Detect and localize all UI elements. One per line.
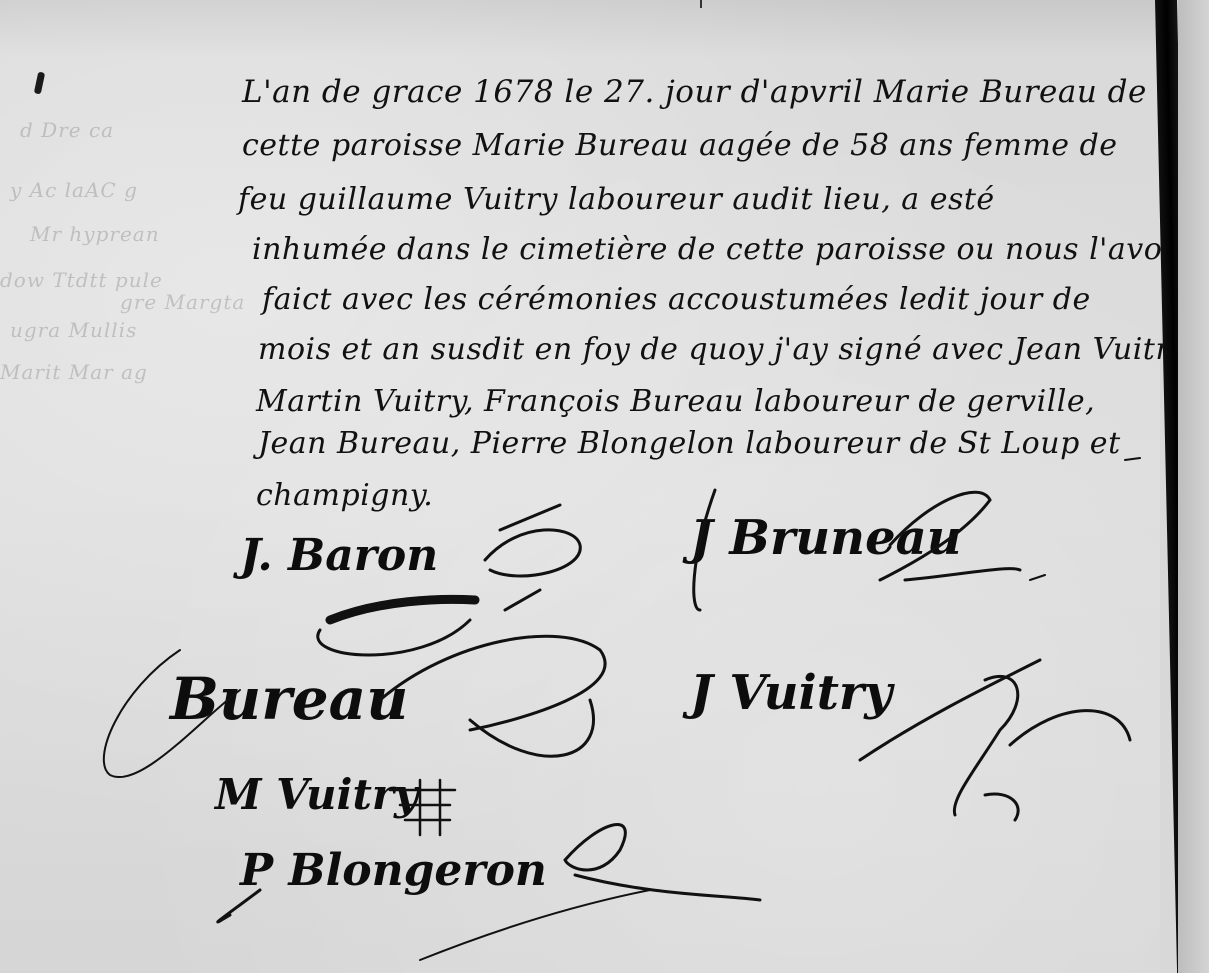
signature-flourishes <box>0 0 1160 973</box>
document-page: d Dre ca y Ac laAC g Mr hyprean dow Ttdt… <box>0 0 1160 973</box>
facing-page-edge <box>1178 0 1209 973</box>
